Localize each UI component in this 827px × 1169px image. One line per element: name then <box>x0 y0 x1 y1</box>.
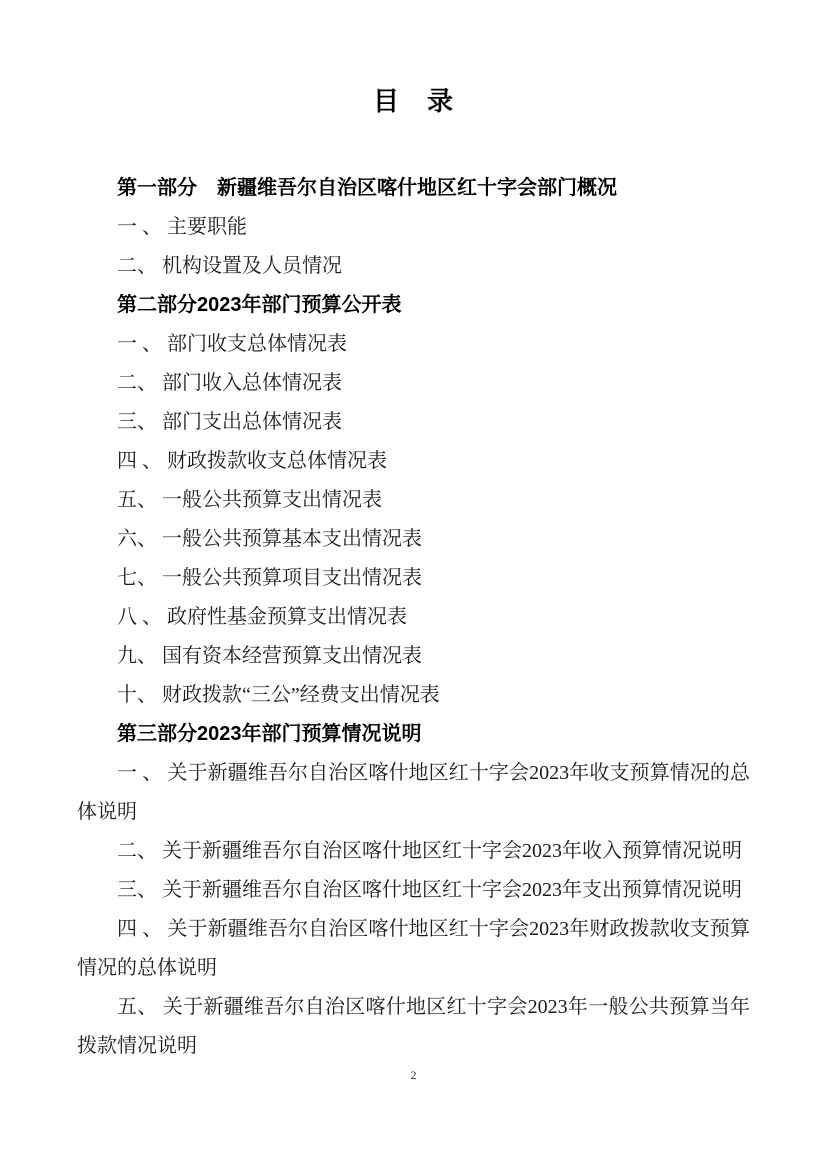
toc-item: 八 、 政府性基金预算支出情况表 <box>77 598 750 637</box>
section-heading-part2: 第二部分2023年部门预算公开表 <box>77 286 750 325</box>
document-page: 目 录 第一部分 新疆维吾尔自治区喀什地区红十字会部门概况 一 、 主要职能 二… <box>0 0 827 1169</box>
toc-item: 二、 关于新疆维吾尔自治区喀什地区红十字会2023年收入预算情况说明 <box>77 832 750 871</box>
toc-item: 九、 国有资本经营预算支出情况表 <box>77 637 750 676</box>
page-footer: 2 <box>0 1066 827 1084</box>
table-of-contents: 第一部分 新疆维吾尔自治区喀什地区红十字会部门概况 一 、 主要职能 二、 机构… <box>77 169 750 1066</box>
toc-item: 六、 一般公共预算基本支出情况表 <box>77 520 750 559</box>
toc-item: 七、 一般公共预算项目支出情况表 <box>77 559 750 598</box>
toc-item: 五、 一般公共预算支出情况表 <box>77 481 750 520</box>
section-heading-part3: 第三部分2023年部门预算情况说明 <box>77 715 750 754</box>
toc-item: 三、 关于新疆维吾尔自治区喀什地区红十字会2023年支出预算情况说明 <box>77 871 750 910</box>
toc-item: 二、 部门收入总体情况表 <box>77 364 750 403</box>
toc-item: 十、 财政拨款“三公”经费支出情况表 <box>77 676 750 715</box>
toc-item: 一 、 主要职能 <box>77 208 750 247</box>
toc-item: 二、 机构设置及人员情况 <box>77 247 750 286</box>
page-title: 目 录 <box>77 86 750 116</box>
toc-item: 一 、 关于新疆维吾尔自治区喀什地区红十字会2023年收支预算情况的总体说明 <box>77 754 750 832</box>
section-heading-part1: 第一部分 新疆维吾尔自治区喀什地区红十字会部门概况 <box>77 169 750 208</box>
page-number: 2 <box>411 1068 417 1082</box>
toc-item: 一 、 部门收支总体情况表 <box>77 325 750 364</box>
toc-item: 三、 部门支出总体情况表 <box>77 403 750 442</box>
toc-item: 四 、 关于新疆维吾尔自治区喀什地区红十字会2023年财政拨款收支预算情况的总体… <box>77 910 750 988</box>
toc-item: 四 、 财政拨款收支总体情况表 <box>77 442 750 481</box>
toc-item: 五、 关于新疆维吾尔自治区喀什地区红十字会2023年一般公共预算当年拨款情况说明 <box>77 988 750 1066</box>
